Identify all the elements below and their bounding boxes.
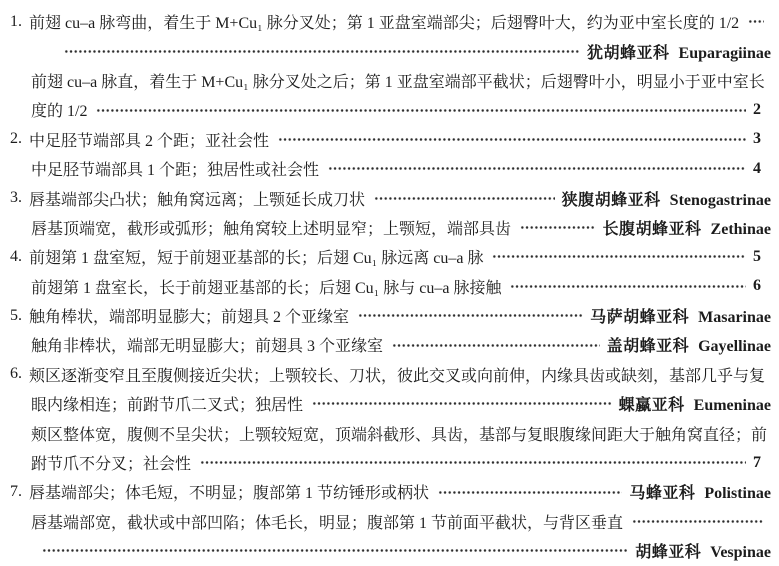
couplet-text: 前翅 cu–a 脉直，着生于 M+Cu₁ 脉分叉处之后；第 1 亚盘室端部平截状… <box>31 69 765 92</box>
key-line: 1. 前翅 cu–a 脉弯曲，着生于 M+Cu₁ 脉分叉处；第 1 亚盘室端部尖… <box>10 7 771 36</box>
result-name-latin: 3 <box>753 130 761 147</box>
couplet-result: 6 <box>753 277 761 295</box>
key-line: 跗节爪不分叉；社会性 7 <box>10 448 771 477</box>
couplet-text: 颊区逐渐变窄且至腹侧接近尖状；上颚较长、刀状，彼此交叉或向前伸，内缘具齿或缺刻，… <box>29 363 765 386</box>
dot-leader <box>748 7 764 36</box>
dot-leader <box>374 183 555 212</box>
result-name-latin: 6 <box>753 277 761 294</box>
dot-leader <box>510 272 746 301</box>
dot-leader <box>520 213 596 242</box>
dot-leader <box>278 125 746 154</box>
couplet-number: 1. <box>10 13 29 31</box>
identification-key: 1. 前翅 cu–a 脉弯曲，着生于 M+Cu₁ 脉分叉处；第 1 亚盘室端部尖… <box>0 0 779 566</box>
result-name-latin: Vespinae <box>705 544 771 561</box>
couplet-text: 前翅第 1 盘室短，短于前翅亚基部的长；后翅 Cu₁ 脉远离 cu–a 脉 <box>29 245 483 268</box>
result-name-latin: Stenogastrinae <box>665 192 771 209</box>
couplet-number: 4. <box>10 248 29 266</box>
key-line: 2. 中足胫节端部具 2 个距；亚社会性 3 <box>10 125 771 154</box>
key-line: 3. 唇基端部尖凸状；触角窝远离；上颚延长成刀状 狭腹胡蜂亚科 Stenogas… <box>10 183 771 212</box>
couplet-text: 中足胫节端部具 2 个距；亚社会性 <box>29 128 269 151</box>
result-name-chinese: 盖胡蜂亚科 <box>607 338 690 355</box>
couplet-result: 3 <box>753 130 761 148</box>
result-name-chinese: 犹胡蜂亚科 <box>587 45 670 62</box>
couplet-result: 长腹胡蜂亚科 Zethinae <box>603 216 771 239</box>
couplet-result: 胡蜂亚科 Vespinae <box>635 539 771 562</box>
couplet-result: 5 <box>753 248 761 266</box>
couplet-number: 3. <box>10 189 29 207</box>
result-name-latin: Gayellinae <box>693 338 771 355</box>
key-line: 眼内缘相连；前跗节爪二叉式；独居性 蜾蠃亚科 Eumeninae <box>10 389 771 418</box>
couplet-text: 中足胫节端部具 1 个距；独居性或社会性 <box>31 157 319 180</box>
result-name-latin: 7 <box>753 454 761 471</box>
key-line: 度的 1/2 2 <box>10 95 771 124</box>
result-name-latin: Euparagiinae <box>674 45 771 62</box>
couplet-result: 马蜂亚科 Polistinae <box>629 480 771 503</box>
couplet-text: 触角非棒状，端部无明显膨大；前翅具 3 个亚缘室 <box>31 333 383 356</box>
couplet-number: 7. <box>10 483 29 501</box>
dot-leader <box>392 330 600 359</box>
dot-leader <box>64 36 580 65</box>
result-name-latin: Zethinae <box>706 221 771 238</box>
result-name-chinese: 马萨胡蜂亚科 <box>590 309 689 326</box>
couplet-text: 唇基端部尖凸状；触角窝远离；上颚延长成刀状 <box>29 187 365 210</box>
couplet-result: 2 <box>753 101 761 119</box>
result-name-latin: 2 <box>753 101 761 118</box>
document-page: { "colors": { "background": "#ffffff", "… <box>0 0 779 566</box>
result-name-latin: 5 <box>753 248 761 265</box>
key-line: 胡蜂亚科 Vespinae <box>10 536 771 565</box>
result-name-latin: Masarinae <box>693 309 771 326</box>
key-line: 7. 唇基端部尖；体毛短，不明显；腹部第 1 节纺锤形或柄状 马蜂亚科 Poli… <box>10 477 771 506</box>
couplet-text: 唇基顶端宽，截形或弧形；触角窝较上述明显窄；上颚短，端部具齿 <box>31 216 511 239</box>
dot-leader <box>200 448 746 477</box>
key-line: 唇基顶端宽，截形或弧形；触角窝较上述明显窄；上颚短，端部具齿 长腹胡蜂亚科 Ze… <box>10 213 771 242</box>
dot-leader <box>358 301 583 330</box>
result-name-chinese: 胡蜂亚科 <box>635 544 701 561</box>
key-line: 唇基端部宽，截状或中部凹陷；体毛长，明显；腹部第 1 节前面平截状，与背区垂直 <box>10 507 771 536</box>
result-name-chinese: 蜾蠃亚科 <box>619 397 685 414</box>
dot-leader <box>438 477 622 506</box>
dot-leader <box>328 154 746 183</box>
couplet-result: 7 <box>753 454 761 472</box>
couplet-text: 跗节爪不分叉；社会性 <box>31 451 191 474</box>
key-line: 5. 触角棒状，端部明显膨大；前翅具 2 个亚缘室 马萨胡蜂亚科 Masarin… <box>10 301 771 330</box>
couplet-text: 触角棒状，端部明显膨大；前翅具 2 个亚缘室 <box>29 304 349 327</box>
couplet-result: 盖胡蜂亚科 Gayellinae <box>607 333 771 356</box>
result-name-latin: Polistinae <box>699 485 771 502</box>
couplet-number: 5. <box>10 307 29 325</box>
couplet-text: 前翅 cu–a 脉弯曲，着生于 M+Cu₁ 脉分叉处；第 1 亚盘室端部尖；后翅… <box>29 10 739 33</box>
result-name-chinese: 马蜂亚科 <box>629 485 695 502</box>
dot-leader <box>632 507 764 536</box>
dot-leader <box>42 536 628 565</box>
couplet-text: 前翅第 1 盘室长，长于前翅亚基部的长；后翅 Cu₁ 脉与 cu–a 脉接触 <box>31 275 501 298</box>
key-line: 6. 颊区逐渐变窄且至腹侧接近尖状；上颚较长、刀状，彼此交叉或向前伸，内缘具齿或… <box>10 360 771 389</box>
result-name-latin: 4 <box>753 160 761 177</box>
key-line: 触角非棒状，端部无明显膨大；前翅具 3 个亚缘室 盖胡蜂亚科 Gayellina… <box>10 330 771 359</box>
couplet-number: 6. <box>10 365 29 383</box>
dot-leader <box>492 242 746 271</box>
dot-leader <box>96 95 746 124</box>
result-name-chinese: 长腹胡蜂亚科 <box>603 221 702 238</box>
couplet-result: 狭腹胡蜂亚科 Stenogastrinae <box>562 187 771 210</box>
result-name-chinese: 狭腹胡蜂亚科 <box>562 192 661 209</box>
couplet-text: 眼内缘相连；前跗节爪二叉式；独居性 <box>31 392 303 415</box>
key-line: 犹胡蜂亚科 Euparagiinae <box>10 36 771 65</box>
key-line: 中足胫节端部具 1 个距；独居性或社会性 4 <box>10 154 771 183</box>
result-name-latin: Eumeninae <box>689 397 771 414</box>
key-line: 前翅 cu–a 脉直，着生于 M+Cu₁ 脉分叉处之后；第 1 亚盘室端部平截状… <box>10 66 771 95</box>
key-line: 4. 前翅第 1 盘室短，短于前翅亚基部的长；后翅 Cu₁ 脉远离 cu–a 脉… <box>10 242 771 271</box>
couplet-number: 2. <box>10 130 29 148</box>
dot-leader <box>312 389 612 418</box>
key-line: 颊区整体宽，腹侧不呈尖状；上颚较短宽，顶端斜截形、具齿，基部与复眼腹缘间距大于触… <box>10 418 771 447</box>
couplet-result: 蜾蠃亚科 Eumeninae <box>619 392 771 415</box>
couplet-text: 唇基端部尖；体毛短，不明显；腹部第 1 节纺锤形或柄状 <box>29 480 429 503</box>
couplet-text: 颊区整体宽，腹侧不呈尖状；上颚较短宽，顶端斜截形、具齿，基部与复眼腹缘间距大于触… <box>31 422 767 445</box>
key-line: 前翅第 1 盘室长，长于前翅亚基部的长；后翅 Cu₁ 脉与 cu–a 脉接触 6 <box>10 272 771 301</box>
couplet-text: 唇基端部宽，截状或中部凹陷；体毛长，明显；腹部第 1 节前面平截状，与背区垂直 <box>31 510 623 533</box>
couplet-result: 犹胡蜂亚科 Euparagiinae <box>587 40 771 63</box>
couplet-result: 4 <box>753 160 761 178</box>
couplet-text: 度的 1/2 <box>31 98 87 121</box>
couplet-result: 马萨胡蜂亚科 Masarinae <box>590 304 771 327</box>
